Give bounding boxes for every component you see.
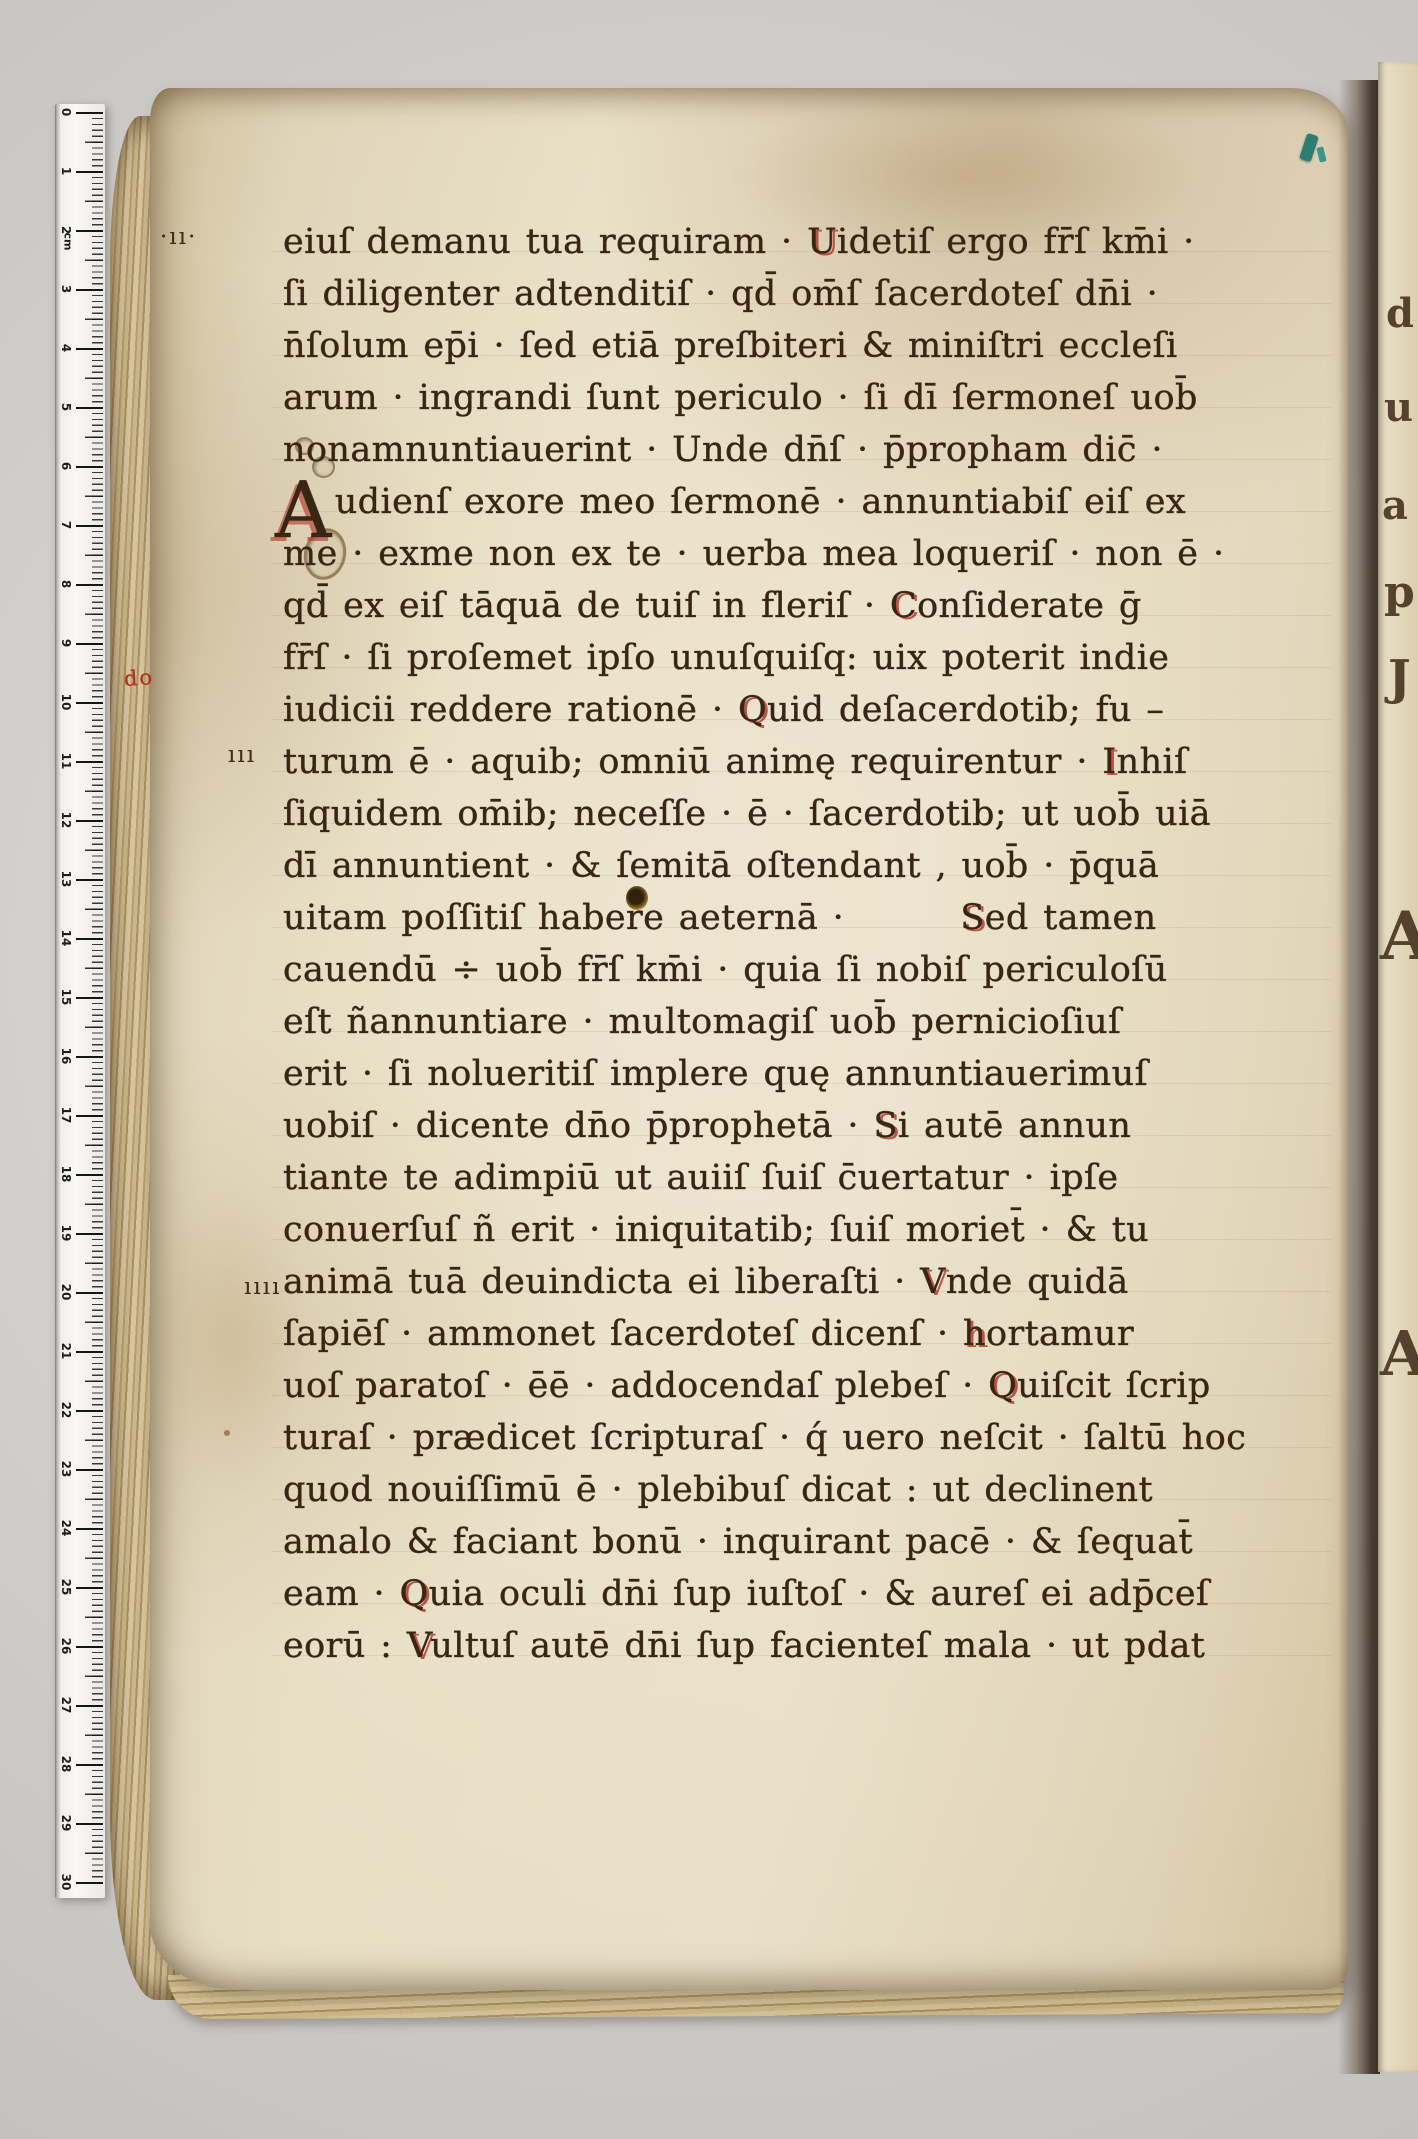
- ruler-cm-number: 9: [59, 634, 73, 652]
- manuscript-line: arum · ingrandi ſunt periculo · ſi dī ſe…: [283, 372, 1343, 424]
- ruler-cm-tick: [76, 171, 103, 173]
- manuscript-line: qd̄ ex eiſ tāquā de tuiſ in fleriſ · Con…: [283, 580, 1343, 632]
- ruler-cm-number: 24: [59, 1519, 73, 1537]
- ruler-cm-number: 11: [59, 752, 73, 770]
- ruler-cm-tick: [76, 1469, 103, 1471]
- ruler-cm-tick: [76, 466, 103, 468]
- facing-page-letter-fragment: u: [1384, 384, 1413, 431]
- measurement-ruler: cm 0123456789101112131415161718192021222…: [55, 104, 105, 1898]
- manuscript-line: turaſ · prædicet ſcripturaſ · q́ uero ne…: [283, 1412, 1343, 1464]
- ruler-cm-tick: [76, 1056, 103, 1058]
- ruler-cm-number: 12: [59, 811, 73, 829]
- red-margin-gloss: do: [123, 665, 155, 691]
- ruler-cm-number: 2: [59, 221, 73, 239]
- ruler-cm-tick: [76, 1528, 103, 1530]
- ruler-cm-number: 6: [59, 457, 73, 475]
- rubricated-initial: V: [407, 1626, 430, 1666]
- ruler-cm-number: 5: [59, 398, 73, 416]
- margin-numeral: ııı: [228, 742, 256, 768]
- manuscript-line: erit · ſi nolueritiſ implere quę annunti…: [283, 1048, 1343, 1100]
- manuscript-line: dī annuntient · & ſemitā oſtendant , uob…: [283, 840, 1343, 892]
- manuscript-line: turum ē · aquib; omniū animę requirentur…: [283, 736, 1343, 788]
- facing-page-letter-fragment: A: [1380, 1317, 1418, 1390]
- ruler-cm-number: 7: [59, 516, 73, 534]
- manuscript-line: tiante te adimpiū ut auiiſ ſuiſ c̄uertat…: [283, 1152, 1343, 1204]
- facing-page: duapJAA: [1378, 62, 1418, 2072]
- ruler-cm-number: 4: [59, 339, 73, 357]
- ruler-cm-tick: [76, 348, 103, 350]
- ruler-cm-number: 27: [59, 1696, 73, 1714]
- rubricated-initial: V: [920, 1262, 946, 1302]
- ruler-cm-number: 13: [59, 870, 73, 888]
- book-gutter-shadow: [1338, 80, 1380, 2074]
- ruler-cm-tick: [76, 1115, 103, 1117]
- ruler-cm-tick: [76, 525, 103, 527]
- ruler-cm-tick: [76, 879, 103, 881]
- rubricated-initial: S: [960, 898, 984, 938]
- parchment-speck: [224, 1430, 230, 1436]
- ruler-cm-tick: [76, 584, 103, 586]
- ruler-cm-tick: [76, 289, 103, 291]
- manuscript-line: ſiquidem om̄ib; neceſſe · ē · ſacerdotib…: [283, 788, 1343, 840]
- ruler-cm-number: 26: [59, 1637, 73, 1655]
- ruler-cm-number: 1: [59, 162, 73, 180]
- facing-page-letter-fragment: A: [1380, 897, 1418, 975]
- manuscript-line: eorū : Vultuſ autē dn̄i ſup facienteſ ma…: [283, 1620, 1343, 1672]
- facing-page-letter-fragment: p: [1384, 567, 1415, 618]
- ruler-cm-tick: [76, 112, 103, 114]
- manuscript-line: eiuſ demanu tua requiram · Uidetiſ ergo …: [283, 216, 1343, 268]
- manuscript-photo: duapJAA cm 01234567891011121314151617181…: [0, 0, 1418, 2139]
- manuscript-line: nonamnuntiauerint · Unde dn̄ſ · p̄propha…: [283, 424, 1343, 476]
- manuscript-line: Audienſ exore meo ſermonē · annuntiabiſ …: [283, 476, 1343, 528]
- ruler-cm-number: 23: [59, 1460, 73, 1478]
- manuscript-line: animā tuā deuindicta ei liberaſti · Vnde…: [283, 1256, 1343, 1308]
- ruler-cm-number: 20: [59, 1283, 73, 1301]
- rubricated-initial: Q: [988, 1366, 1017, 1406]
- rubricated-initial: I: [1102, 742, 1116, 782]
- ruler-cm-number: 8: [59, 575, 73, 593]
- ruler-cm-number: 18: [59, 1165, 73, 1183]
- facing-page-letter-fragment: J: [1388, 650, 1411, 706]
- ruler-cm-number: 29: [59, 1814, 73, 1832]
- ruler-cm-number: 22: [59, 1401, 73, 1419]
- ruler-cm-number: 0: [59, 103, 73, 121]
- manuscript-line: n̄ſolum ep̄i · ſed etiā preſbiteri & min…: [283, 320, 1343, 372]
- ruler-cm-tick: [76, 1351, 103, 1353]
- rubricated-initial: h: [963, 1314, 986, 1354]
- ruler-cm-tick: [76, 1705, 103, 1707]
- ruler-cm-tick: [76, 761, 103, 763]
- ruler-cm-tick: [76, 1764, 103, 1766]
- ruler-cm-tick: [76, 1646, 103, 1648]
- manuscript-line: amalo & faciant bonū · inquirant pacē · …: [283, 1516, 1343, 1568]
- ruler-cm-number: 15: [59, 988, 73, 1006]
- ruler-cm-tick: [76, 1174, 103, 1176]
- rubricated-initial: Q: [738, 690, 767, 730]
- ruler-cm-tick: [76, 1882, 103, 1884]
- manuscript-line: eam · Quia oculi dn̄i ſup iuſtoſ · & aur…: [283, 1568, 1343, 1620]
- text-block: eiuſ demanu tua requiram · Uidetiſ ergo …: [283, 216, 1343, 1672]
- manuscript-line: conuerſuſ ñ erit · iniquitatib; ſuiſ mor…: [283, 1204, 1343, 1256]
- ruler-cm-tick: [76, 820, 103, 822]
- manuscript-line: me · exme non ex te · uerba mea loqueriſ…: [283, 528, 1343, 580]
- manuscript-line: uitam poſſitiſ habere aeternā · Sed tame…: [283, 892, 1343, 944]
- ruler-cm-tick: [76, 1587, 103, 1589]
- ruler-cm-number: 3: [59, 280, 73, 298]
- ruler-cm-tick: [76, 938, 103, 940]
- ruler-cm-number: 28: [59, 1755, 73, 1773]
- ruler-cm-tick: [76, 643, 103, 645]
- ruler-cm-tick: [76, 997, 103, 999]
- ruler-cm-tick: [76, 1292, 103, 1294]
- manuscript-line: uoſ paratoſ · ēē · addocendaſ plebeſ · Q…: [283, 1360, 1343, 1412]
- ruler-cm-number: 17: [59, 1106, 73, 1124]
- ruler-cm-number: 16: [59, 1047, 73, 1065]
- facing-page-letter-fragment: a: [1382, 482, 1408, 529]
- rubricated-initial: U: [807, 222, 837, 262]
- rubricated-initial: Q: [400, 1574, 429, 1614]
- manuscript-line: eſt ñannuntiare · multomagiſ uob̄ pernic…: [283, 996, 1343, 1048]
- ruler-cm-number: 21: [59, 1342, 73, 1360]
- manuscript-line: cauendū ÷ uob̄ fr̄ſ km̄i · quia ſi nobiſ…: [283, 944, 1343, 996]
- margin-numeral: ıııı: [244, 1274, 281, 1300]
- ruler-cm-number: 10: [59, 693, 73, 711]
- manuscript-line: ſi diligenter adtenditiſ · qd̄ om̄ſ ſace…: [283, 268, 1343, 320]
- ruler-cm-tick: [76, 702, 103, 704]
- ruler-cm-tick: [76, 407, 103, 409]
- margin-numeral: ·ıı·: [160, 224, 197, 250]
- ruler-cm-number: 30: [59, 1873, 73, 1891]
- ruler-cm-tick: [76, 1233, 103, 1235]
- ruler-cm-tick: [76, 1410, 103, 1412]
- manuscript-line: quod nouiſſimū ē · plebibuſ dicat : ut d…: [283, 1464, 1343, 1516]
- rubricated-initial: S: [873, 1106, 897, 1146]
- ruler-cm-tick: [76, 230, 103, 232]
- manuscript-line: uobiſ · dicente dn̄o p̄prophetā · Si aut…: [283, 1100, 1343, 1152]
- facing-page-letter-fragment: d: [1386, 290, 1414, 337]
- ruler-cm-tick: [76, 1823, 103, 1825]
- ruler-cm-number: 25: [59, 1578, 73, 1596]
- manuscript-line: iudicii reddere rationē · Quid deſacerdo…: [283, 684, 1343, 736]
- ruler-cm-number: 19: [59, 1224, 73, 1242]
- rubricated-initial: C: [890, 586, 917, 626]
- manuscript-line: fr̄ſ · ſi proſemet ipſo unuſquiſq: uix p…: [283, 632, 1343, 684]
- manuscript-line: ſapiēſ · ammonet ſacerdoteſ dicenſ · hor…: [283, 1308, 1343, 1360]
- ruler-cm-number: 14: [59, 929, 73, 947]
